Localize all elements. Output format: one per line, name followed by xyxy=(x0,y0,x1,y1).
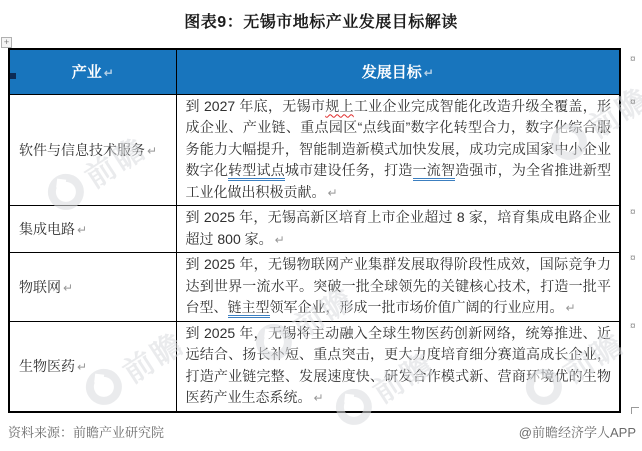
goal-cell: 到 2027 年底，无锡市规上工业企业完成智能化改造升级全覆盖，形成企业、产业链… xyxy=(176,94,620,206)
paragraph-mark-icon: ↵ xyxy=(314,391,324,405)
table-row: 生物医药↵到 2025 年，无锡将主动融入全球生物医药创新网络，统筹推进、近远结… xyxy=(9,321,620,412)
table-row: 集成电路↵到 2025 年，无锡高新区培育上市企业超过 8 家，培育集成电路企业… xyxy=(9,206,620,253)
goal-text-proofed: 转型试点 xyxy=(228,162,285,181)
goal-text-proofed: 规上 xyxy=(325,98,354,114)
paragraph-mark-icon: ↵ xyxy=(328,186,338,200)
industry-name: 软件与信息技术服务 xyxy=(19,142,145,158)
table-move-handle-icon: + xyxy=(1,37,12,48)
industry-cell: 软件与信息技术服务↵ xyxy=(9,94,176,206)
goal-cell: 到 2025 年，无锡高新区培育上市企业超过 8 家，培育集成电路企业超过 80… xyxy=(176,206,620,253)
goal-text: 到 2025 年，无锡高新区培育上市企业超过 8 家，培育集成电路企业超过 80… xyxy=(186,209,612,247)
table-row: 物联网↵到 2025 年，无锡物联网产业集群发展取得阶段性成效，国际竞争力达到世… xyxy=(9,253,620,322)
end-of-row-mark-icon: ¤ xyxy=(630,97,636,108)
goal-text-proofed: 链主型 xyxy=(228,299,270,318)
goal-text: 到 2027 年底，无锡市 xyxy=(186,98,326,114)
goal-text-proofed: 一流智 xyxy=(413,162,456,181)
paragraph-mark-icon: ↵ xyxy=(77,223,87,237)
credit-note: @前瞻经济学人APP xyxy=(519,422,636,441)
paragraph-mark-icon: ↵ xyxy=(104,66,114,80)
industry-name: 集成电路 xyxy=(19,221,75,237)
industry-cell: 集成电路↵ xyxy=(9,206,176,253)
column-header-industry: 产业↵ xyxy=(9,49,176,94)
paragraph-mark-icon: ↵ xyxy=(63,281,73,295)
table-header-row: 产业↵ 发展目标↵ xyxy=(9,49,620,94)
column-header-goal: 发展目标↵ xyxy=(176,49,620,94)
industry-cell: 物联网↵ xyxy=(9,253,176,322)
header-selection-bullet xyxy=(10,73,16,79)
goal-text: 城市建设任务，打造 xyxy=(285,162,413,178)
source-note: 资料来源：前瞻产业研究院 xyxy=(8,422,164,441)
industry-name: 物联网 xyxy=(19,279,61,295)
figure-title: 图表9：无锡市地标产业发展目标解读 xyxy=(0,9,642,32)
goal-text: 领军企业，形成一批市场价值广阔的行业应用。 xyxy=(270,299,564,315)
goal-cell: 到 2025 年，无锡物联网产业集群发展取得阶段性成效，国际竞争力达到世界一流水… xyxy=(176,253,620,322)
end-of-table-mark-icon xyxy=(631,407,639,414)
table-body: 软件与信息技术服务↵到 2027 年底，无锡市规上工业企业完成智能化改造升级全覆… xyxy=(9,94,620,412)
table-row: 软件与信息技术服务↵到 2027 年底，无锡市规上工业企业完成智能化改造升级全覆… xyxy=(9,94,620,206)
paragraph-mark-icon: ↵ xyxy=(566,301,576,315)
paragraph-mark-icon: ↵ xyxy=(77,360,87,374)
column-header-industry-label: 产业 xyxy=(72,64,102,81)
industry-cell: 生物医药↵ xyxy=(9,321,176,412)
end-of-row-mark-icon: ¤ xyxy=(630,207,636,218)
end-of-row-mark-icon: ¤ xyxy=(630,253,636,264)
paragraph-mark-icon: ↵ xyxy=(424,66,434,80)
end-of-row-mark-icon: ¤ xyxy=(630,321,636,332)
industry-goals-table: 产业↵ 发展目标↵ 软件与信息技术服务↵到 2027 年底，无锡市规上工业企业完… xyxy=(8,48,621,413)
goal-text: 到 2025 年，无锡将主动融入全球生物医药创新网络，统筹推进、近远结合、扬长补… xyxy=(186,325,612,406)
paragraph-mark-icon: ↵ xyxy=(275,233,285,247)
column-header-goal-label: 发展目标 xyxy=(362,64,422,81)
goal-cell: 到 2025 年，无锡将主动融入全球生物医药创新网络，统筹推进、近远结合、扬长补… xyxy=(176,321,620,412)
paragraph-mark-icon: ↵ xyxy=(147,144,157,158)
end-of-row-mark-icon: ¤ xyxy=(630,54,636,65)
industry-name: 生物医药 xyxy=(19,358,75,374)
